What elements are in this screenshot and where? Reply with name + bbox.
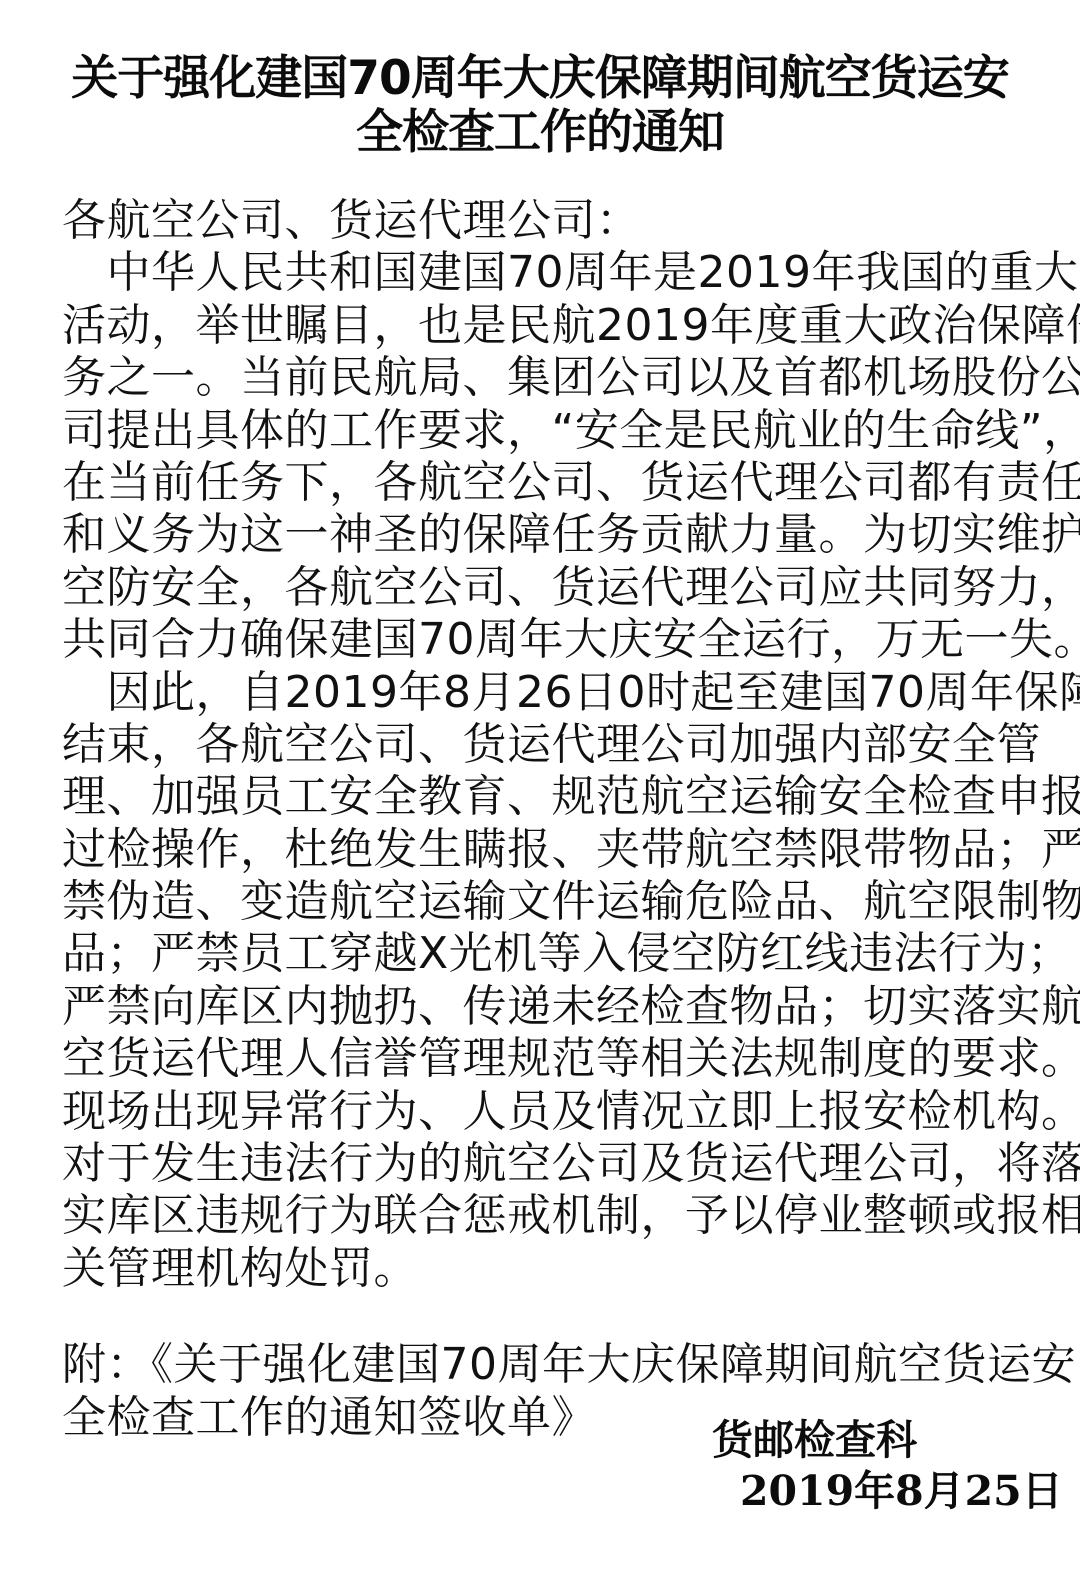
- paragraph-line: 品；严禁员工穿越X光机等入侵空防红线违法行为；: [62, 928, 1022, 980]
- paragraph-line: 活动，举世瞩目，也是民航2019年度重大政治保障任: [62, 300, 1022, 352]
- issue-date: 2019年8月25日: [740, 1467, 1063, 1515]
- paragraph-line: 现场出现异常行为、人员及情况立即上报安检机构。: [62, 1086, 1022, 1138]
- paragraph-line: 关管理机构处罚。: [62, 1243, 1022, 1295]
- issuer-signature: 货邮检查科: [712, 1416, 917, 1464]
- title-line-1: 关于强化建国70周年大庆保障期间航空货运安: [0, 52, 1080, 106]
- title-line-2: 全检查工作的通知: [0, 106, 1080, 160]
- document-title: 关于强化建国70周年大庆保障期间航空货运安 全检查工作的通知: [0, 52, 1080, 160]
- paragraph-line: 空防安全，各航空公司、货运代理公司应共同努力，: [62, 562, 1022, 614]
- paragraph-line: 严禁向库区内抛扔、传递未经检查物品；切实落实航: [62, 981, 1022, 1033]
- spacer: [62, 1295, 1022, 1339]
- paragraph-line: 共同合力确保建国70周年大庆安全运行，万无一失。: [62, 614, 1022, 666]
- paragraph-line: 对于发生违法行为的航空公司及货运代理公司，将落: [62, 1138, 1022, 1190]
- paragraph-line: 空货运代理人信誉管理规范等相关法规制度的要求。: [62, 1033, 1022, 1085]
- paragraph-line: 实库区违规行为联合惩戒机制，予以停业整顿或报相: [62, 1190, 1022, 1242]
- paragraph-line: 禁伪造、变造航空运输文件运输危险品、航空限制物: [62, 876, 1022, 928]
- paragraph-line: 和义务为这一神圣的保障任务贡献力量。为切实维护: [62, 509, 1022, 561]
- paragraph-2: 因此，自2019年8月26日0时起至建国70周年保障 结束，各航空公司、货运代理…: [62, 667, 1022, 1296]
- paragraph-1: 中华人民共和国建国70周年是2019年我国的重大 活动，举世瞩目，也是民航201…: [62, 247, 1022, 666]
- attachment-line: 附：《关于强化建国70周年大庆保障期间航空货运安: [62, 1339, 1022, 1391]
- paragraph-line: 务之一。当前民航局、集团公司以及首都机场股份公: [62, 352, 1022, 404]
- paragraph-line: 因此，自2019年8月26日0时起至建国70周年保障: [62, 667, 1022, 719]
- document-body: 各航空公司、货运代理公司： 中华人民共和国建国70周年是2019年我国的重大 活…: [62, 195, 1022, 1444]
- paragraph-line: 中华人民共和国建国70周年是2019年我国的重大: [62, 247, 1022, 299]
- paragraph-line: 理、加强员工安全教育、规范航空运输安全检查申报: [62, 771, 1022, 823]
- paragraph-line: 在当前任务下，各航空公司、货运代理公司都有责任: [62, 457, 1022, 509]
- paragraph-line: 结束，各航空公司、货运代理公司加强内部安全管: [62, 719, 1022, 771]
- paragraph-line: 过检操作，杜绝发生瞒报、夹带航空禁限带物品；严: [62, 824, 1022, 876]
- paragraph-line: 司提出具体的工作要求，“安全是民航业的生命线”，: [62, 405, 1022, 457]
- salutation: 各航空公司、货运代理公司：: [62, 195, 1022, 247]
